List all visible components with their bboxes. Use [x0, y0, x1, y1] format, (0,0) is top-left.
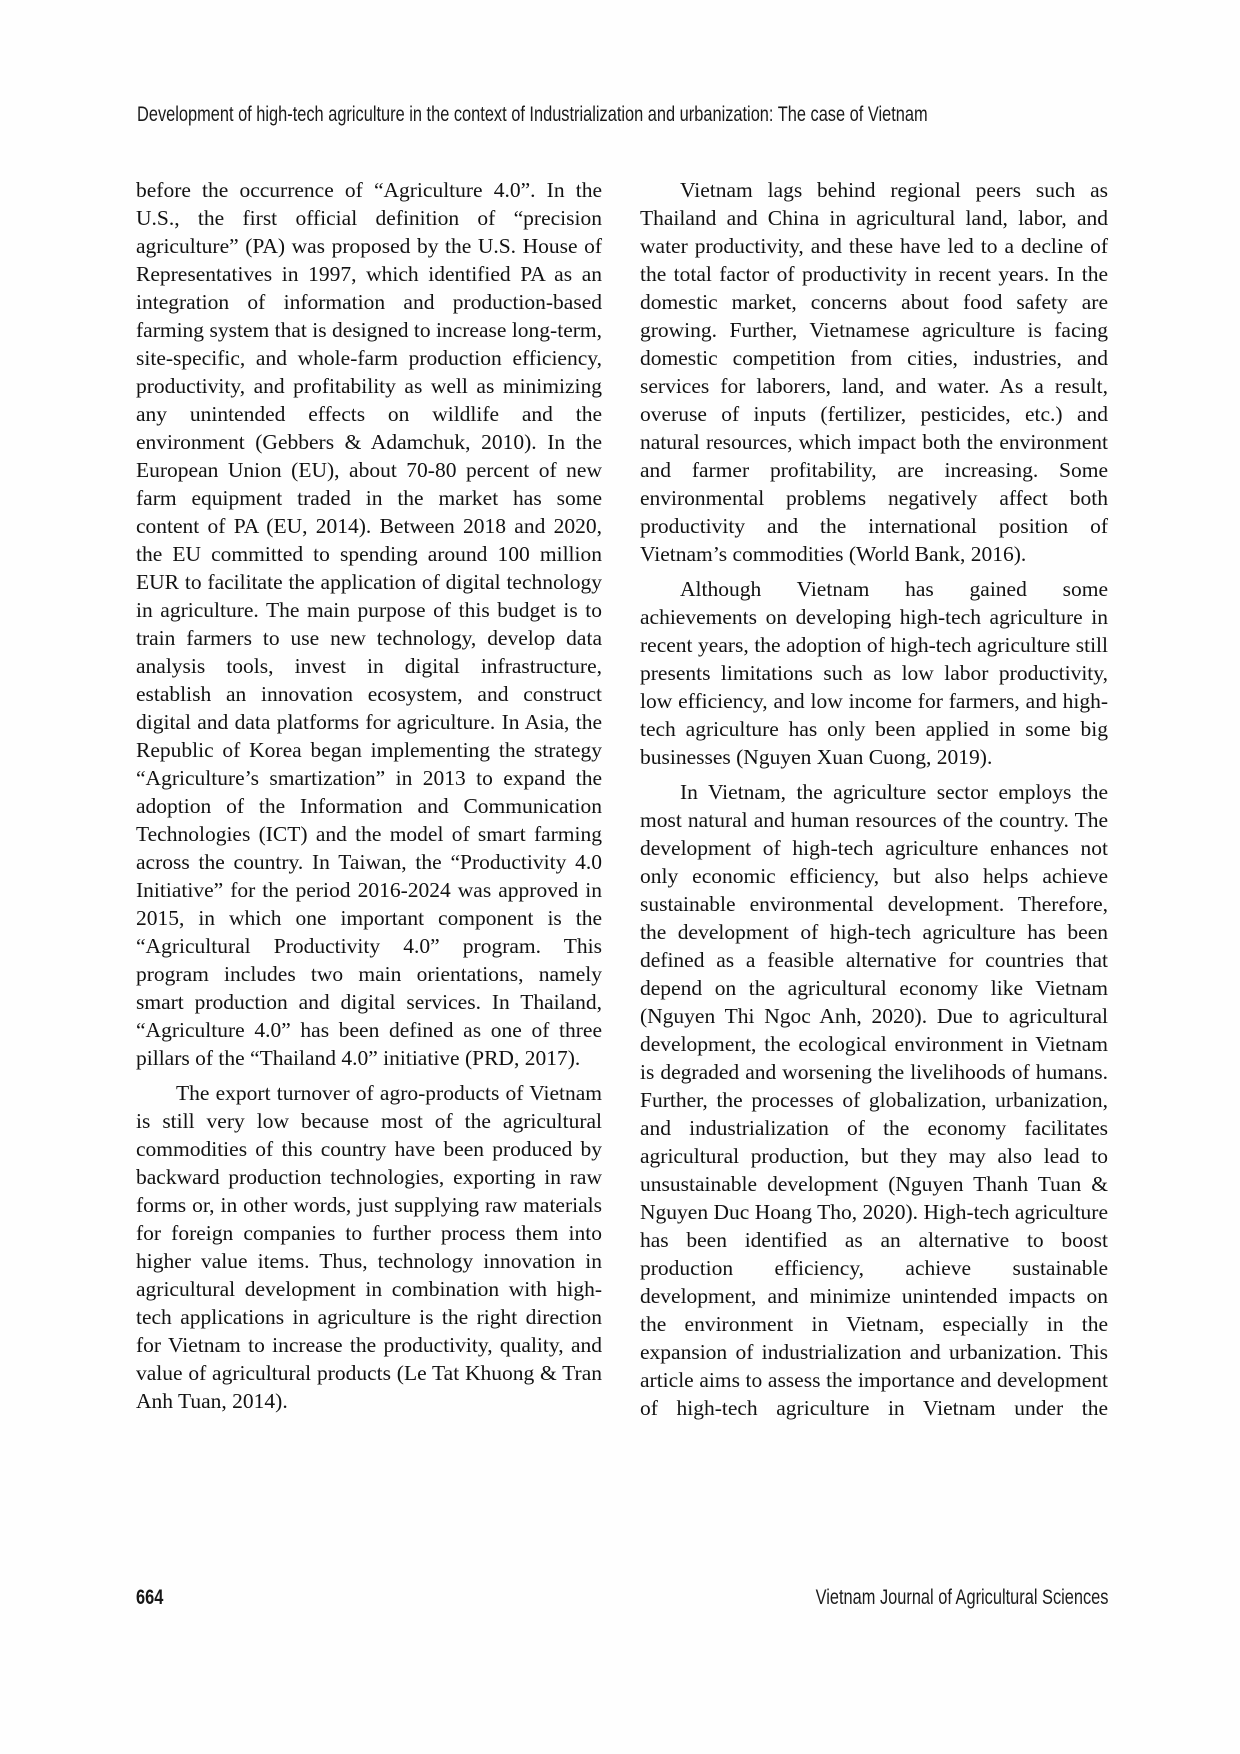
paragraph: The export turnover of agro-products of … [136, 1079, 602, 1415]
journal-name: Vietnam Journal of Agricultural Sciences [815, 1586, 1108, 1610]
left-column: before the occurrence of “Agriculture 4.… [136, 176, 602, 1415]
page-number: 664 [136, 1586, 163, 1610]
paragraph: Although Vietnam has gained some achieve… [640, 575, 1108, 771]
running-head: Development of high-tech agriculture in … [137, 103, 928, 127]
paragraph: Vietnam lags behind regional peers such … [640, 176, 1108, 568]
right-column: Vietnam lags behind regional peers such … [640, 176, 1108, 1422]
paragraph-continues-next-page: In Vietnam, the agriculture sector emplo… [640, 778, 1108, 1422]
journal-page: Development of high-tech agriculture in … [0, 0, 1240, 1754]
paragraph-continued-from-previous-page: before the occurrence of “Agriculture 4.… [136, 176, 602, 1072]
